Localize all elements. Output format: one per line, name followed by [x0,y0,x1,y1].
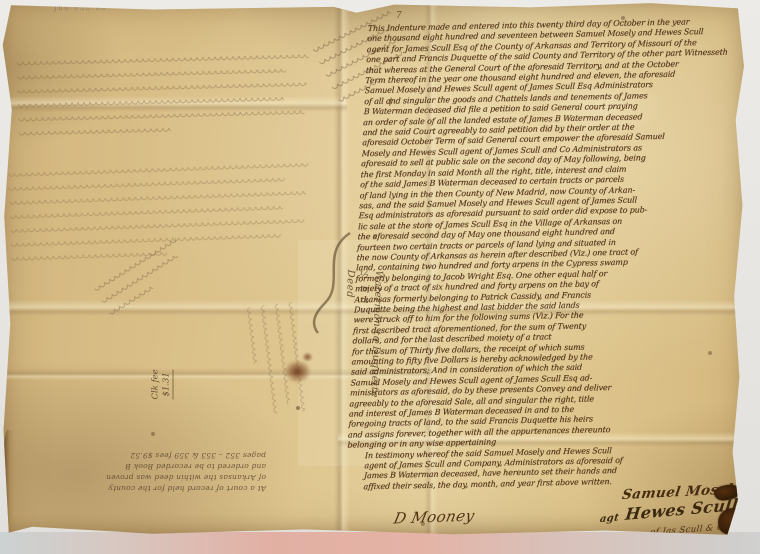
clerk-fee-note: Clk fee$1.31 [151,332,174,400]
clerk-fee-line: $1.31 [162,369,174,399]
scull-signature-prefix: agt [599,512,620,525]
handwriting-squiggle-line [17,54,309,68]
ink-stain [302,352,313,362]
handwriting-squiggle-line [244,307,257,364]
handwriting-squiggle-line [10,206,283,222]
record-note-upside-down: At a court of record held for the county… [10,450,266,494]
stray-ink-mark: 7 [396,11,402,21]
record-note-line: pages 352 – 353 & 359 fees $9.52 [10,450,266,461]
bleedthrough-squiggles [17,54,311,146]
record-note-line: and ordered to be recorded Book B [10,461,266,472]
handwriting-squiggle-line [18,97,284,110]
manuscript-photo: Jno 936.00 7 † Waterman to Duquette½ E 3… [0,0,760,554]
witness-signature: D Mooney [392,507,476,528]
handwriting-squiggle-line [19,128,171,138]
handwriting-squiggle-line [11,234,281,249]
clerk-fee-line: Clk fee [151,332,162,400]
handwriting-squiggle-line [17,69,286,82]
deed-paper: Jno 936.00 7 † Waterman to Duquette½ E 3… [2,2,756,538]
bleedthrough-squiggles [237,302,306,418]
pencil-note: Jno 936.00 [54,4,107,12]
handwriting-squiggle-line [18,110,304,123]
handwriting-squiggle-line [9,191,306,207]
handwriting-squiggle-line [8,163,308,179]
handwriting-squiggle-line [9,178,285,194]
ink-specks [2,2,4,4]
deed-body-text: This Indenture made and entered into thi… [345,16,754,493]
record-note-line: At a court of record held for the county [10,483,266,494]
handwriting-squiggle-line [18,82,307,96]
record-note-line: of Arkansas the within deed was proven [10,472,266,483]
handwriting-squiggle-line [10,219,304,235]
